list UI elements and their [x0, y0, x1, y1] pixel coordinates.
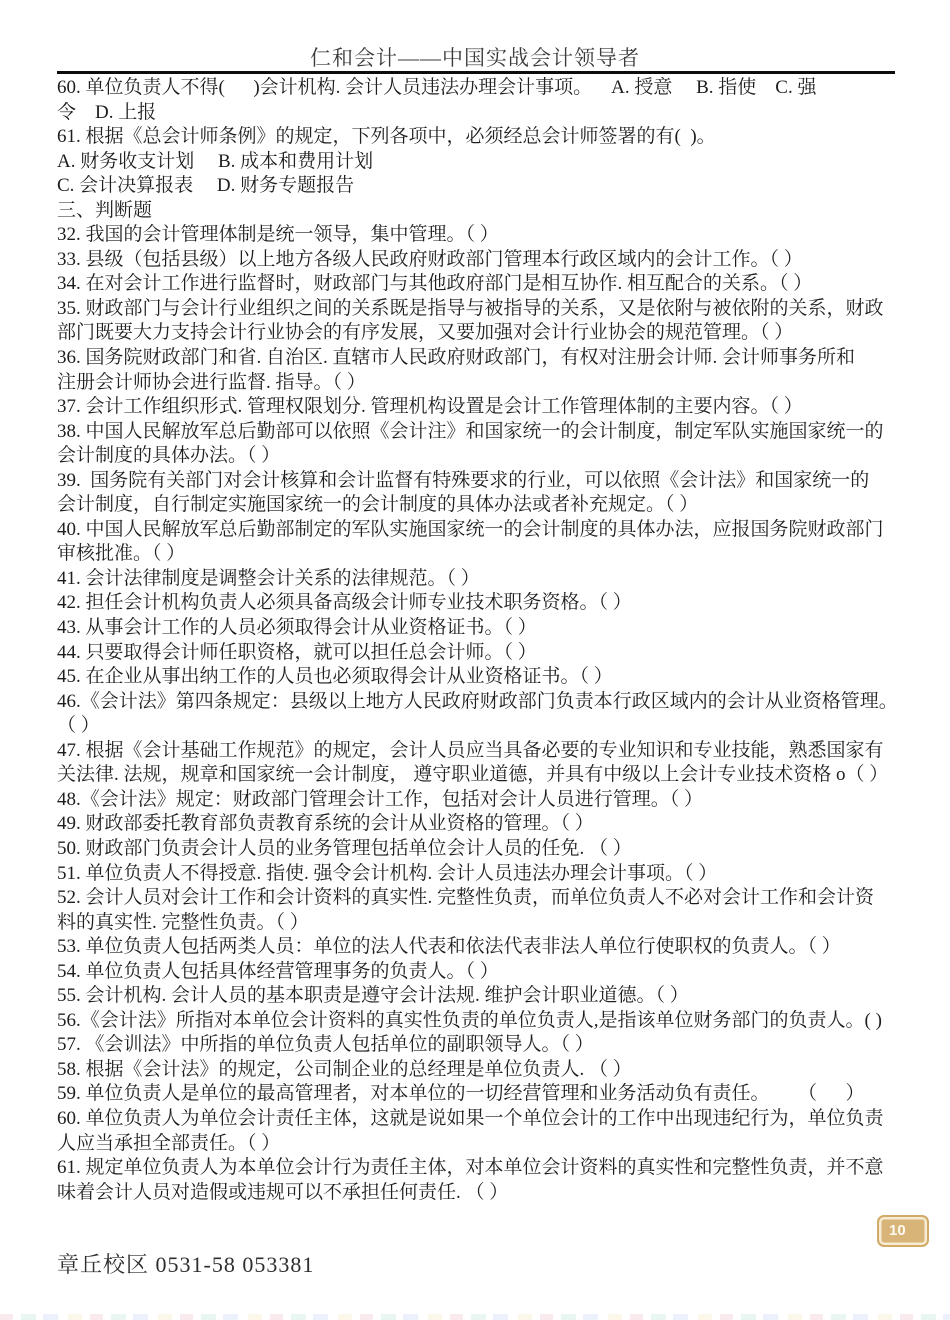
question-body: 60. 单位负责人不得( )会计机构. 会计人员违法办理会计事项。 A. 授意 …: [57, 76, 898, 1205]
question-text-line: 39. 国务院有关部门对会计核算和会计监督有特殊要求的行业，可以依照《会计法》和…: [57, 469, 898, 494]
question-text-line: 58. 根据《会计法》的规定，公司制企业的总经理是单位负责人. （ ）: [57, 1058, 898, 1083]
question-text-line: 51. 单位负责人不得授意. 指使. 强令会计机构. 会计人员违法办理会计事项。…: [57, 862, 898, 887]
page-number-badge: 10: [877, 1215, 929, 1247]
question-text-line: C. 会计决算报表 D. 财务专题报告: [57, 174, 898, 199]
question-text-line: 42. 担任会计机构负责人必须具备高级会计师专业技术职务资格。（ ）: [57, 591, 898, 616]
question-text-line: 37. 会计工作组织形式. 管理权限划分. 管理机构设置是会计工作管理体制的主要…: [57, 395, 898, 420]
question-text-line: 60. 单位负责人为单位会计责任主体，这就是说如果一个单位会计的工作中出现违纪行…: [57, 1107, 898, 1132]
question-text-line: 令 D. 上报: [57, 101, 898, 126]
question-text-line: 审核批准。（ ）: [57, 542, 898, 567]
question-text-line: （ ）: [57, 714, 898, 739]
footer-campus-text: 章丘校区 0531-58 053381: [57, 1248, 314, 1279]
question-text-line: 32. 我国的会计管理体制是统一领导，集中管理。（ ）: [57, 223, 898, 248]
page-number: 10: [879, 1217, 927, 1245]
question-text-line: 48.《会计法》规定：财政部门管理会计工作，包括对会计人员进行管理。（ ）: [57, 788, 898, 813]
question-text-line: 50. 财政部门负责会计人员的业务管理包括单位会计人员的任免. （ ）: [57, 837, 898, 862]
question-text-line: 40. 中国人民解放军总后勤部制定的军队实施国家统一的会计制度的具体办法，应报国…: [57, 518, 898, 543]
question-text-line: 47. 根据《会计基础工作规范》的规定，会计人员应当具备必要的专业知识和专业技能…: [57, 739, 898, 764]
question-text-line: 味着会计人员对造假或违规可以不承担任何责任. （ ）: [57, 1181, 898, 1206]
question-text-line: 52. 会计人员对会计工作和会计资料的真实性. 完整性负责，而单位负责人不必对会…: [57, 886, 898, 911]
question-text-line: 人应当承担全部责任。（ ）: [57, 1132, 898, 1157]
question-text-line: 35. 财政部门与会计行业组织之间的关系既是指导与被指导的关系，又是依附与被依附…: [57, 297, 898, 322]
question-text-line: 53. 单位负责人包括两类人员：单位的法人代表和依法代表非法人单位行使职权的负责…: [57, 935, 898, 960]
question-text-line: 会计制度的具体办法。（ ）: [57, 444, 898, 469]
question-text-line: 料的真实性. 完整性负责。（ ）: [57, 911, 898, 936]
question-text-line: 46.《会计法》第四条规定：县级以上地方人民政府财政部门负责本行政区域内的会计从…: [57, 690, 898, 715]
question-text-line: 49. 财政部委托教育部负责教育系统的会计从业资格的管理。（ ）: [57, 812, 898, 837]
question-text-line: 59. 单位负责人是单位的最高管理者，对本单位的一切经营管理和业务活动负有责任。…: [57, 1082, 898, 1107]
header-divider: [57, 71, 895, 74]
question-text-line: 36. 国务院财政部门和省. 自治区. 直辖市人民政府财政部门，有权对注册会计师…: [57, 346, 898, 371]
question-text-line: 55. 会计机构. 会计人员的基本职责是遵守会计法规. 维护会计职业道德。（ ）: [57, 984, 898, 1009]
question-text-line: 34. 在对会计工作进行监督时，财政部门与其他政府部门是相互协作. 相互配合的关…: [57, 272, 898, 297]
question-text-line: 41. 会计法律制度是调整会计关系的法律规范。（ ）: [57, 567, 898, 592]
question-text-line: 部门既要大力支持会计行业协会的有序发展，又要加强对会计行业协会的规范管理。（ ）: [57, 321, 898, 346]
question-text-line: 会计制度，自行制定实施国家统一的会计制度的具体办法或者补充规定。（ ）: [57, 493, 898, 518]
question-text-line: 56.《会计法》所指对本单位会计资料的真实性负责的单位负责人,是指该单位财务部门…: [57, 1009, 898, 1034]
question-text-line: 38. 中国人民解放军总后勤部可以依照《会计注》和国家统一的会计制度，制定军队实…: [57, 420, 898, 445]
question-text-line: 43. 从事会计工作的人员必须取得会计从业资格证书。（ ）: [57, 616, 898, 641]
question-text-line: 61. 规定单位负责人为本单位会计行为责任主体，对本单位会计资料的真实性和完整性…: [57, 1156, 898, 1181]
page-title: 仁和会计——中国实战会计领导者: [0, 42, 950, 72]
question-text-line: 三、判断题: [57, 199, 898, 224]
clipped-text-artifact-strip: [0, 1314, 950, 1320]
question-text-line: 61. 根据《总会计师条例》的规定，下列各项中，必须经总会计师签署的有( )。: [57, 125, 898, 150]
question-text-line: A. 财务收支计划 B. 成本和费用计划: [57, 150, 898, 175]
question-text-line: 注册会计师协会进行监督. 指导。（ ）: [57, 371, 898, 396]
question-text-line: 57. 《会训法》中所指的单位负责人包括单位的副职领导人。（ ）: [57, 1033, 898, 1058]
question-text-line: 44. 只要取得会计师任职资格，就可以担任总会计师。（ ）: [57, 641, 898, 666]
question-text-line: 33. 县级（包括县级）以上地方各级人民政府财政部门管理本行政区域内的会计工作。…: [57, 248, 898, 273]
question-text-line: 60. 单位负责人不得( )会计机构. 会计人员违法办理会计事项。 A. 授意 …: [57, 76, 898, 101]
question-text-line: 45. 在企业从事出纳工作的人员也必须取得会计从业资格证书。（ ）: [57, 665, 898, 690]
question-text-line: 54. 单位负责人包括具体经营管理事务的负责人。（ ）: [57, 960, 898, 985]
document-page: 仁和会计——中国实战会计领导者 60. 单位负责人不得( )会计机构. 会计人员…: [0, 0, 950, 1320]
question-text-line: 关法律. 法规，规章和国家统一会计制度， 遵守职业道德，并具有中级以上会计专业技…: [57, 763, 898, 788]
